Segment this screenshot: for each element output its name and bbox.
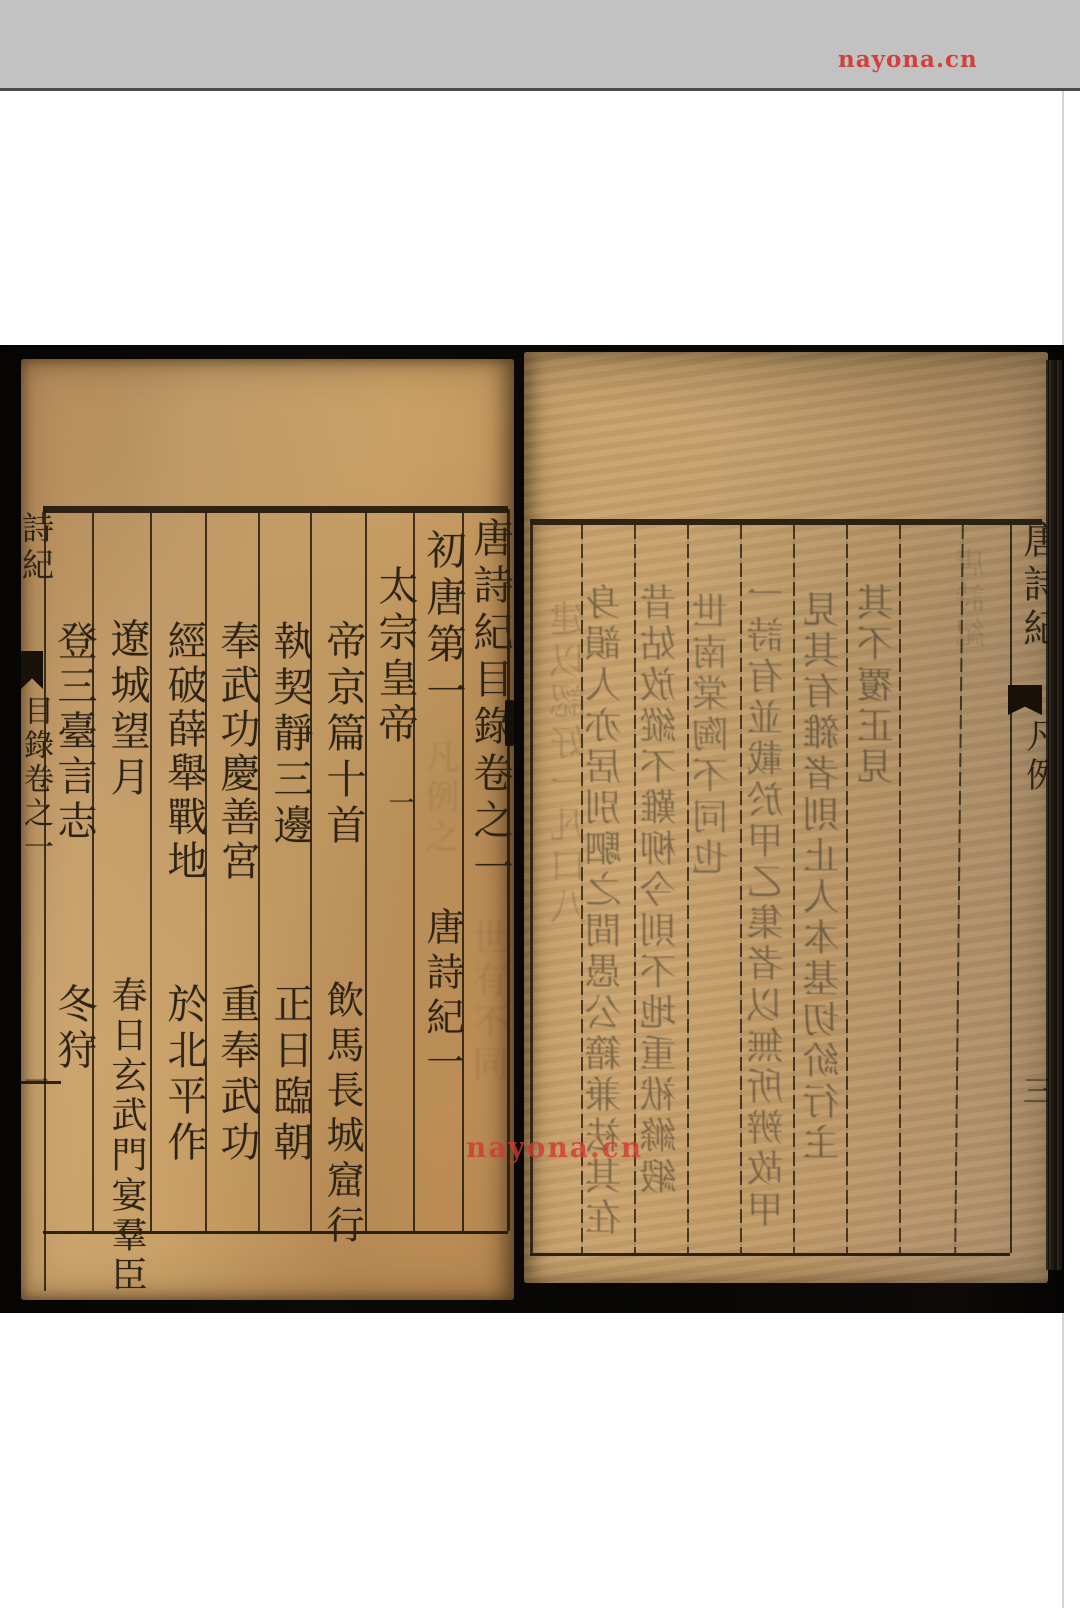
spine-title: 唐詩紀 bbox=[1012, 520, 1048, 652]
spine-section: 目錄卷之一 bbox=[21, 695, 57, 865]
ghost-bleedthrough: 凡例之 bbox=[415, 739, 464, 859]
toc-poem-title: 遼城望月 bbox=[99, 618, 156, 802]
bleedthrough-column: 其不覆正見 bbox=[852, 583, 906, 788]
book-fore-edge bbox=[1046, 360, 1062, 1270]
ghost-spine-title: 唐詩紀 bbox=[952, 547, 996, 652]
viewer-divider-line bbox=[0, 88, 1080, 91]
frame-top-border bbox=[530, 519, 1042, 525]
toc-poem-title: 於北平作 bbox=[156, 983, 213, 1167]
fishtail-mark bbox=[1008, 685, 1042, 715]
viewer-top-bar bbox=[0, 0, 1080, 88]
toc-poem-title: 飲馬長城窟行 bbox=[315, 980, 370, 1250]
page-number: 三 bbox=[1012, 1075, 1048, 1105]
ghost-bleedthrough: 世有不同 bbox=[462, 919, 513, 1087]
toc-poem-title: 重奉武功 bbox=[209, 983, 266, 1167]
bleedthrough-column: 見其有雜者則止人本基切紒行主 bbox=[798, 590, 852, 1164]
spine-title: 詩紀 bbox=[21, 511, 59, 585]
frame-bottom-border bbox=[530, 1253, 1010, 1256]
toc-poem-title: 經破薛舉戰地 bbox=[156, 620, 213, 884]
book-scan-image: 唐詩紀目錄卷之一 初唐第一 唐詩紀一 太宗皇帝 一 帝京篇十首 飲馬長城窟行 執… bbox=[0, 345, 1064, 1313]
watermark-top-right: nayona.cn bbox=[838, 46, 978, 73]
spine-section: 凡例 bbox=[1016, 718, 1048, 796]
toc-author-count: 一 bbox=[381, 789, 418, 815]
toc-poem-title: 春日玄武門宴羣臣 bbox=[101, 976, 152, 1296]
watermark-center: nayona.cn bbox=[466, 1131, 643, 1164]
toc-poem-title: 正日臨朝 bbox=[262, 983, 319, 1167]
bleedthrough-column: 昔姑放縱不難柳今則不地重袱縧緞 bbox=[635, 583, 689, 1198]
toc-poem-title: 奉武功慶善宮 bbox=[209, 620, 266, 884]
frame-top-border bbox=[43, 506, 508, 513]
toc-author-name: 太宗皇帝 bbox=[367, 565, 424, 749]
left-page: 唐詩紀目錄卷之一 初唐第一 唐詩紀一 太宗皇帝 一 帝京篇十首 飲馬長城窟行 執… bbox=[21, 359, 514, 1300]
bleedthrough-column: 一詩有並載於甲乙集者以無所辨故甲 bbox=[742, 575, 796, 1231]
gutter-ink-mark bbox=[505, 700, 514, 746]
toc-poem-title: 執契靜三邊 bbox=[262, 620, 319, 850]
toc-poem-title: 冬狩 bbox=[46, 983, 103, 1075]
toc-poem-title: 帝京篇十首 bbox=[315, 620, 372, 850]
fishtail-mark bbox=[21, 651, 43, 689]
spine-bottom-line bbox=[21, 1081, 61, 1084]
bleedthrough-column: 世南棠陶不同也 bbox=[687, 592, 741, 879]
